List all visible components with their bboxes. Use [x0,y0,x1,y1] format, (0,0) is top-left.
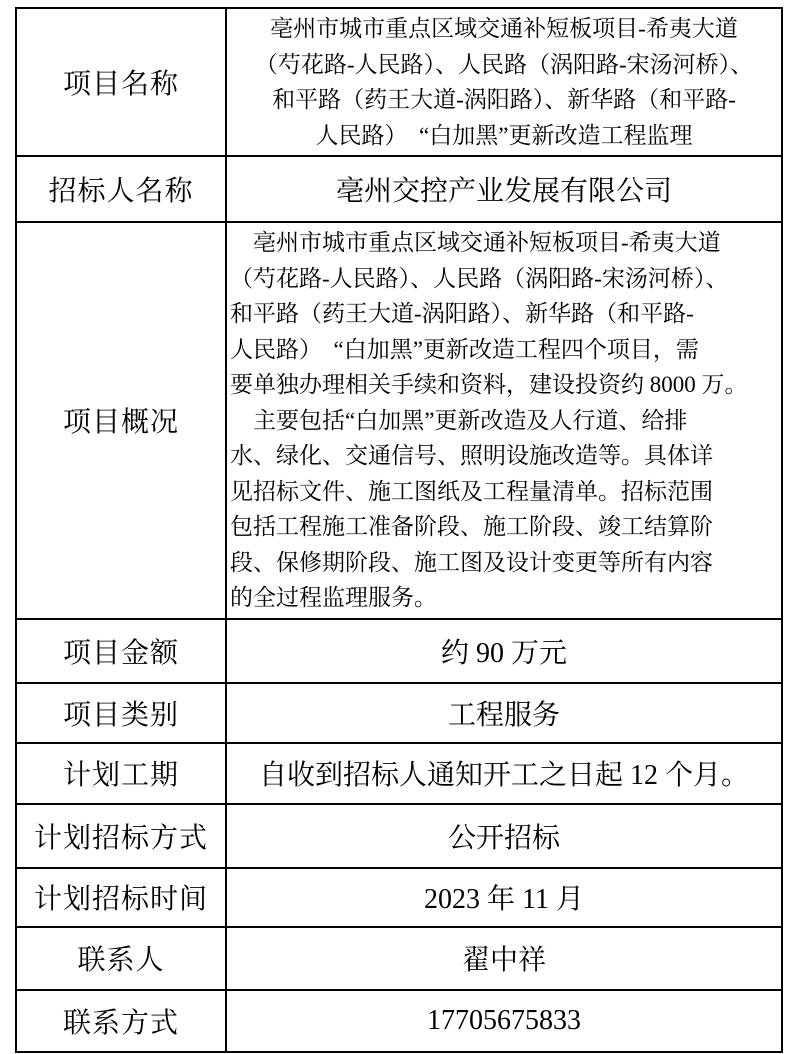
table-row-project-overview: 项目概况 亳州市城市重点区域交通补短板项目-希夷大道 （芍花路-人民路）、人民路… [16,222,782,619]
row-value-project-category: 工程服务 [226,683,782,743]
row-value-planned-bidding-time: 2023 年 11 月 [226,868,782,927]
table-row-planned-duration: 计划工期 自收到招标人通知开工之日起 12 个月。 [16,743,782,804]
row-value-planned-duration: 自收到招标人通知开工之日起 12 个月。 [226,743,782,804]
row-label-planned-bidding-time: 计划招标时间 [16,868,226,927]
row-value-contact-person: 翟中祥 [226,927,782,990]
table-row-planned-bidding-method: 计划招标方式 公开招标 [16,804,782,868]
row-value-planned-bidding-method: 公开招标 [226,804,782,868]
table-row-project-category: 项目类别 工程服务 [16,683,782,743]
row-label-contact-number: 联系方式 [16,990,226,1052]
row-label-project-amount: 项目金额 [16,619,226,683]
row-value-contact-number: 17705675833 [226,990,782,1052]
table-row-project-amount: 项目金额 约 90 万元 [16,619,782,683]
row-label-project-name: 项目名称 [16,8,226,156]
tender-info-table: 项目名称 亳州市城市重点区域交通补短板项目-希夷大道 （芍花路-人民路）、人民路… [15,7,783,1053]
row-label-tenderer-name: 招标人名称 [16,156,226,222]
table-row-contact-number: 联系方式 17705675833 [16,990,782,1052]
row-label-planned-bidding-method: 计划招标方式 [16,804,226,868]
row-value-project-amount: 约 90 万元 [226,619,782,683]
table-row-planned-bidding-time: 计划招标时间 2023 年 11 月 [16,868,782,927]
row-value-project-name: 亳州市城市重点区域交通补短板项目-希夷大道 （芍花路-人民路）、人民路（涡阳路-… [226,8,782,156]
row-label-planned-duration: 计划工期 [16,743,226,804]
table-row-project-name: 项目名称 亳州市城市重点区域交通补短板项目-希夷大道 （芍花路-人民路）、人民路… [16,8,782,156]
row-label-project-overview: 项目概况 [16,222,226,619]
row-value-tenderer-name: 亳州交控产业发展有限公司 [226,156,782,222]
document-page: 项目名称 亳州市城市重点区域交通补短板项目-希夷大道 （芍花路-人民路）、人民路… [0,0,792,1054]
table-row-tenderer-name: 招标人名称 亳州交控产业发展有限公司 [16,156,782,222]
row-value-project-overview: 亳州市城市重点区域交通补短板项目-希夷大道 （芍花路-人民路）、人民路（涡阳路-… [226,222,782,619]
row-label-contact-person: 联系人 [16,927,226,990]
table-row-contact-person: 联系人 翟中祥 [16,927,782,990]
row-label-project-category: 项目类别 [16,683,226,743]
